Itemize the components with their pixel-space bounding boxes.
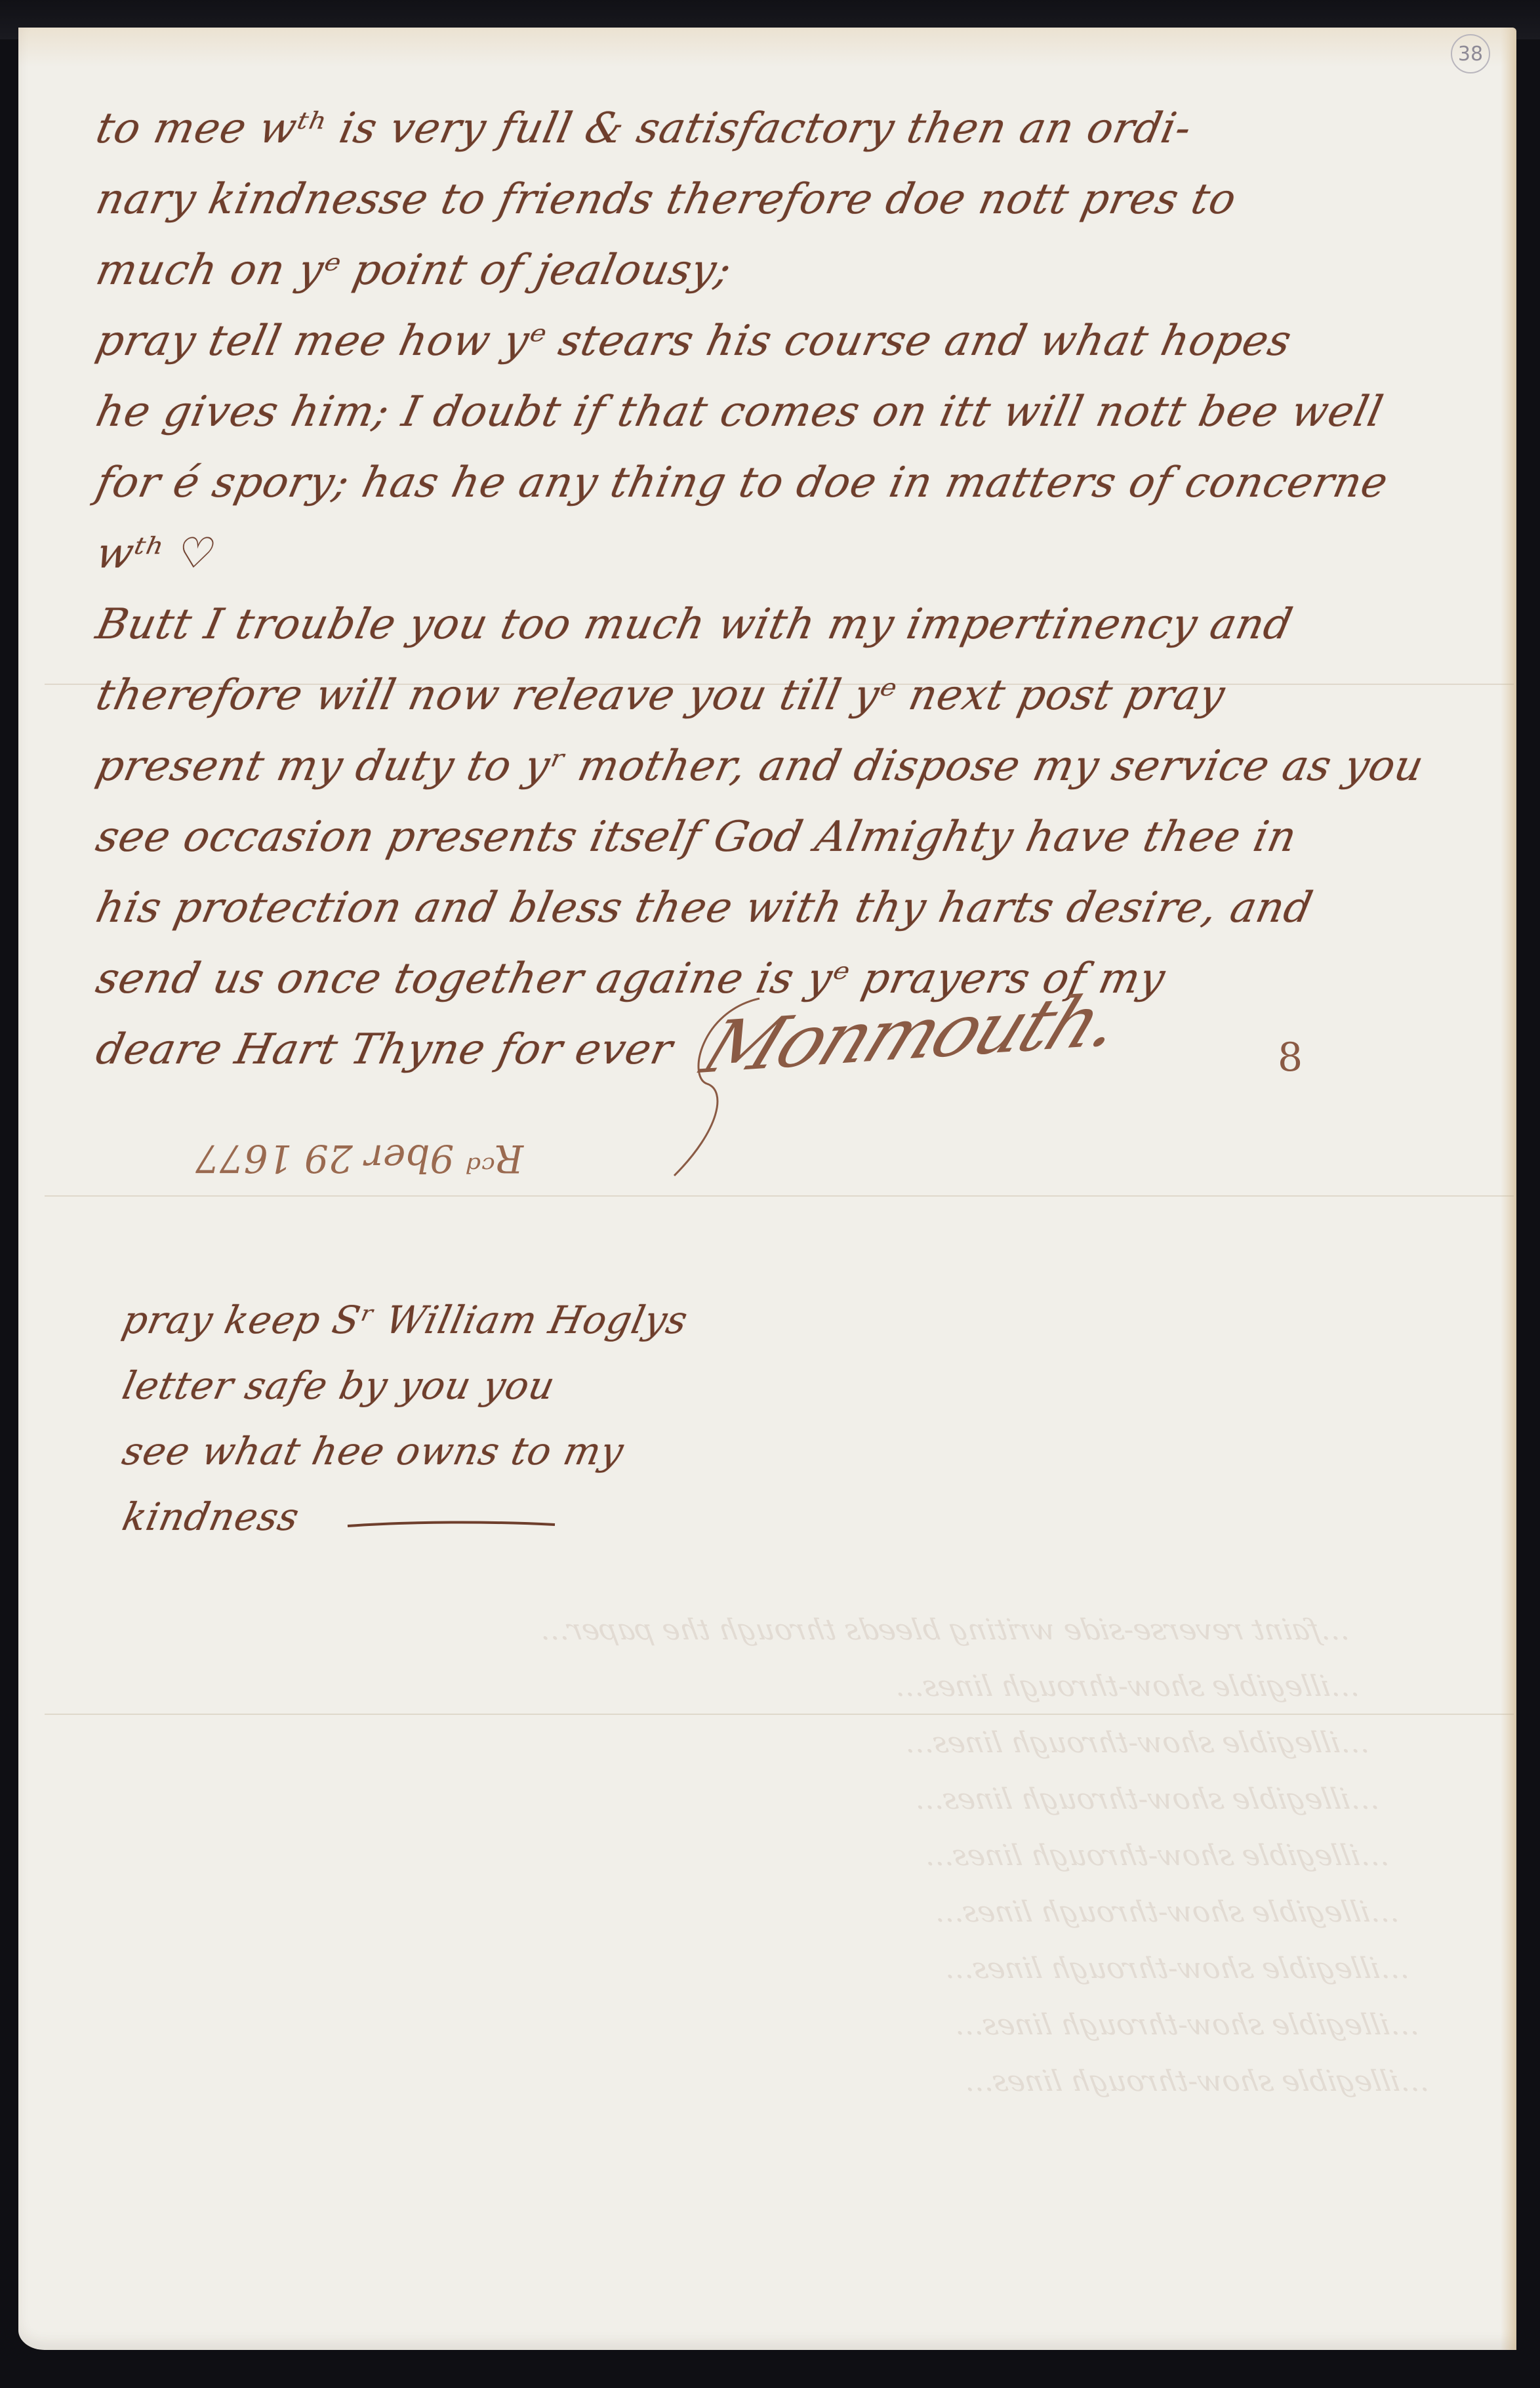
marginal-mark: 8 <box>1278 1035 1303 1081</box>
reverse-side-showthrough: …faint reverse-side writing bleeds throu… <box>98 1602 1448 2192</box>
letter-line: to mee wᵗʰ is very full & satisfactory t… <box>90 93 1472 164</box>
letter-line: therefore will now releave you till yᵉ n… <box>90 660 1472 731</box>
letter-line: pray tell mee how yᵉ stears his course a… <box>90 306 1472 377</box>
letter-line: nary kindnesse to friends therefore doe … <box>90 164 1472 235</box>
letter-line: much on yᵉ point of jealousy; <box>90 235 1472 306</box>
postscript-line: kindness <box>116 1484 1470 1550</box>
postscript-line: see what hee owns to my <box>116 1418 1470 1484</box>
postscript: pray keep Sʳ William Hoglys letter safe … <box>123 1287 1464 1550</box>
letter-line: wᵗʰ ♡ <box>90 518 1472 589</box>
letter-line: for é spory; has he any thing to doe in … <box>90 447 1472 518</box>
fold-crease <box>45 1195 1514 1197</box>
letter-body: to mee wᵗʰ is very full & satisfactory t… <box>97 93 1464 1085</box>
letter-line: he gives him; I doubt if that comes on i… <box>90 377 1472 447</box>
letter-line: his protection and bless thee with thy h… <box>90 873 1472 943</box>
letter-line: see occasion presents itself God Almight… <box>90 802 1472 873</box>
letter-line: present my duty to yʳ mother, and dispos… <box>90 731 1472 802</box>
letter-line: Butt I trouble you too much with my impe… <box>90 589 1472 660</box>
postscript-line: pray keep Sʳ William Hoglys <box>116 1287 1470 1353</box>
postscript-underline <box>346 1520 556 1528</box>
inverted-endorsement: Rᶜᵈ 9ber 29 1677 <box>91 1136 628 1181</box>
folio-number-stamp: 38 <box>1451 34 1490 73</box>
manuscript-page: 38 …faint reverse-side writing bleeds th… <box>18 28 1516 2350</box>
postscript-line: letter safe by you you <box>116 1353 1470 1418</box>
